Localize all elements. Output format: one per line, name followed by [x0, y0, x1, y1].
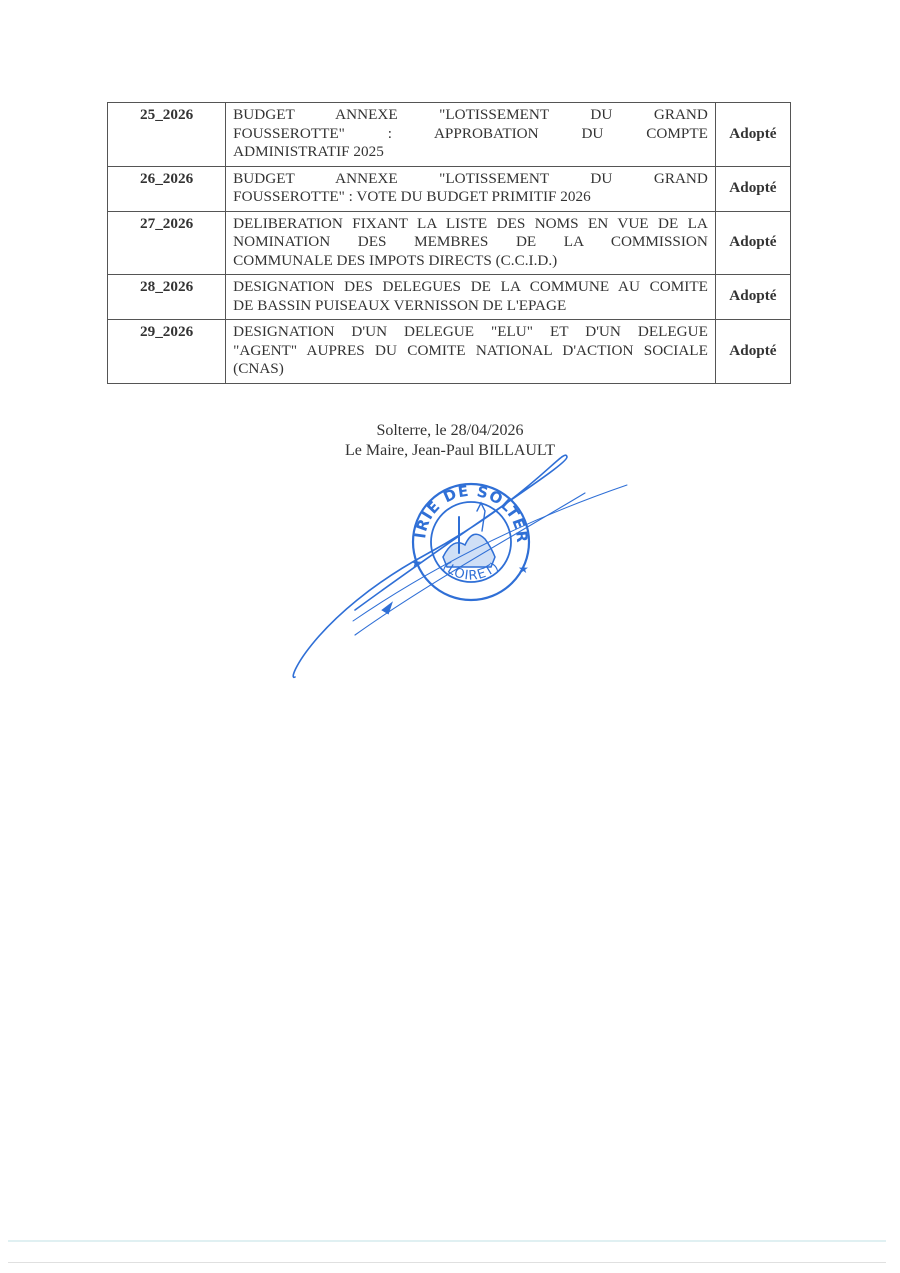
deliberation-subject: DESIGNATION DES DELEGUES DE LA COMMUNE A…	[226, 275, 716, 320]
deliberation-subject: DESIGNATION D'UN DELEGUE "ELU" ET D'UN D…	[226, 320, 716, 384]
deliberation-status: Adopté	[715, 211, 790, 275]
deliberation-number: 26_2026	[108, 166, 226, 211]
scan-artifact-line	[8, 1240, 886, 1242]
deliberation-status: Adopté	[715, 275, 790, 320]
signature-place-date: Solterre, le 28/04/2026	[0, 421, 900, 441]
subject-line: "AGENT" AUPRES DU COMITE NATIONAL D'ACTI…	[233, 342, 708, 361]
subject-line: DELIBERATION FIXANT LA LISTE DES NOMS EN…	[233, 215, 708, 234]
deliberation-subject: DELIBERATION FIXANT LA LISTE DES NOMS EN…	[226, 211, 716, 275]
deliberation-status: Adopté	[715, 320, 790, 384]
deliberation-row: 27_2026DELIBERATION FIXANT LA LISTE DES …	[108, 211, 791, 275]
subject-line: FOUSSEROTTE" : APPROBATION DU COMPTE	[233, 125, 708, 144]
deliberation-number: 27_2026	[108, 211, 226, 275]
deliberation-subject: BUDGET ANNEXE "LOTISSEMENT DU GRANDFOUSS…	[226, 103, 716, 167]
subject-line: DESIGNATION D'UN DELEGUE "ELU" ET D'UN D…	[233, 323, 708, 342]
svg-text:★: ★	[518, 562, 529, 576]
deliberation-number: 29_2026	[108, 320, 226, 384]
svg-text:MAIRIE DE SOLTERRE: MAIRIE DE SOLTERRE	[285, 445, 531, 544]
scan-artifact-line	[8, 1262, 886, 1263]
deliberation-status: Adopté	[715, 166, 790, 211]
deliberation-row: 26_2026BUDGET ANNEXE "LOTISSEMENT DU GRA…	[108, 166, 791, 211]
subject-line: BUDGET ANNEXE "LOTISSEMENT DU GRAND	[233, 170, 708, 189]
subject-line: DE BASSIN PUISEAUX VERNISSON DE L'EPAGE	[233, 297, 708, 316]
subject-line: NOMINATION DES MEMBRES DE LA COMMISSION	[233, 233, 708, 252]
deliberation-row: 28_2026DESIGNATION DES DELEGUES DE LA CO…	[108, 275, 791, 320]
document-page: 25_2026BUDGET ANNEXE "LOTISSEMENT DU GRA…	[0, 0, 900, 1273]
subject-line: FOUSSEROTTE" : VOTE DU BUDGET PRIMITIF 2…	[233, 188, 708, 207]
subject-line: DESIGNATION DES DELEGUES DE LA COMMUNE A…	[233, 278, 708, 297]
subject-line: BUDGET ANNEXE "LOTISSEMENT DU GRAND	[233, 106, 708, 125]
subject-line: COMMUNALE DES IMPOTS DIRECTS (C.C.I.D.)	[233, 252, 708, 271]
deliberation-subject: BUDGET ANNEXE "LOTISSEMENT DU GRANDFOUSS…	[226, 166, 716, 211]
deliberation-number: 25_2026	[108, 103, 226, 167]
deliberation-row: 25_2026BUDGET ANNEXE "LOTISSEMENT DU GRA…	[108, 103, 791, 167]
deliberation-row: 29_2026DESIGNATION D'UN DELEGUE "ELU" ET…	[108, 320, 791, 384]
subject-line: (CNAS)	[233, 360, 708, 379]
deliberation-status: Adopté	[715, 103, 790, 167]
stamp-top-text: MAIRIE DE SOLTERRE	[285, 445, 531, 544]
mayor-stamp-and-signature: ★ ★ MAIRIE DE SOLTERRE (LOIRET)	[285, 445, 635, 685]
deliberations-table: 25_2026BUDGET ANNEXE "LOTISSEMENT DU GRA…	[107, 102, 791, 384]
deliberation-number: 28_2026	[108, 275, 226, 320]
subject-line: ADMINISTRATIF 2025	[233, 143, 708, 162]
